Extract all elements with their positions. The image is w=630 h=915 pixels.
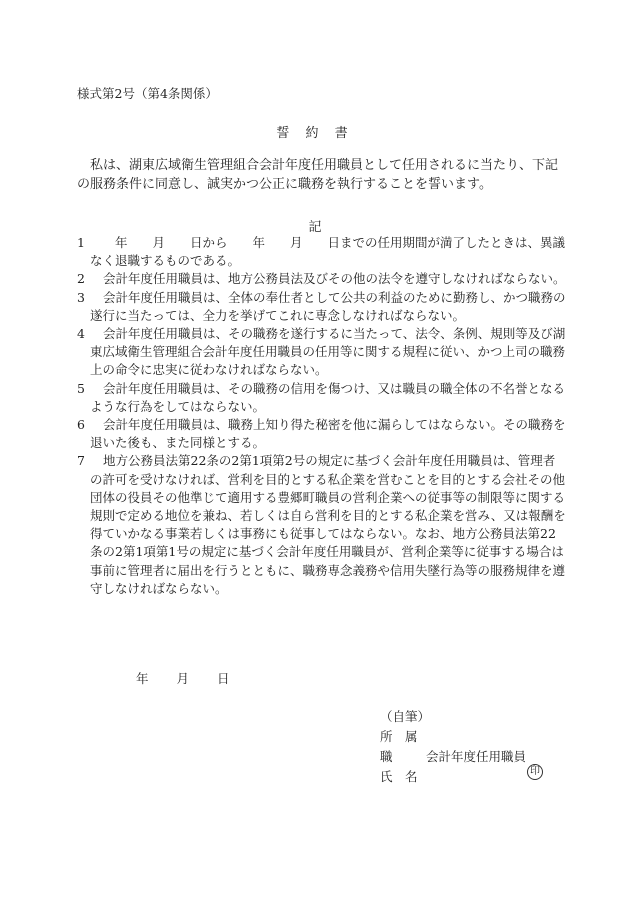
term-item: 3会計年度任用職員は、全体の奉仕者として公共の利益のために勤務し、かつ職務の遂行… bbox=[77, 289, 567, 325]
term-item: 6会計年度任用職員は、職務上知り得た秘密を他に漏らしてはならない。その職務を退い… bbox=[77, 416, 567, 452]
term-item: 5会計年度任用職員は、その職務の信用を傷つけ、又は職員の職全体の不名誉となるよう… bbox=[77, 380, 567, 416]
date-line: 年 月 日 bbox=[136, 669, 230, 687]
signature-block: （自筆） 所 属 職会計年度任用職員 氏 名 bbox=[380, 707, 526, 787]
form-number: 様式第2号（第4条関係） bbox=[77, 84, 218, 102]
term-item: 1 年 月 日から 年 月 日までの任用期間が満了したときは、異議なく退職するも… bbox=[77, 234, 567, 270]
position-value: 会計年度任用職員 bbox=[426, 747, 526, 767]
term-item: 4会計年度任用職員は、その職務を遂行するに当たって、法令、条例、規則等及び湖東広… bbox=[77, 325, 567, 380]
document-title: 誓 約 書 bbox=[0, 122, 630, 141]
handwritten-note: （自筆） bbox=[380, 707, 526, 727]
terms-list: 1 年 月 日から 年 月 日までの任用期間が満了したときは、異議なく退職するも… bbox=[77, 234, 567, 598]
intro-paragraph: 私は、湖東広域衛生管理組合会計年度任用職員として任用されるに当たり、下記の服務条… bbox=[77, 156, 567, 194]
ki-heading: 記 bbox=[0, 216, 630, 235]
seal-icon: 印 bbox=[527, 764, 543, 780]
date-month: 月 bbox=[177, 669, 190, 687]
affiliation-label: 所 属 bbox=[380, 727, 426, 747]
name-label: 氏 名 bbox=[380, 767, 426, 787]
date-day: 日 bbox=[217, 669, 230, 687]
term-item: 2会計年度任用職員は、地方公務員法及びその他の法令を遵守しなければならない。 bbox=[77, 270, 567, 288]
date-year: 年 bbox=[136, 669, 149, 687]
position-label: 職 bbox=[380, 747, 426, 767]
term-item: 7地方公務員法第22条の2第1項第2号の規定に基づく会計年度任用職員は、管理者の… bbox=[77, 452, 567, 598]
